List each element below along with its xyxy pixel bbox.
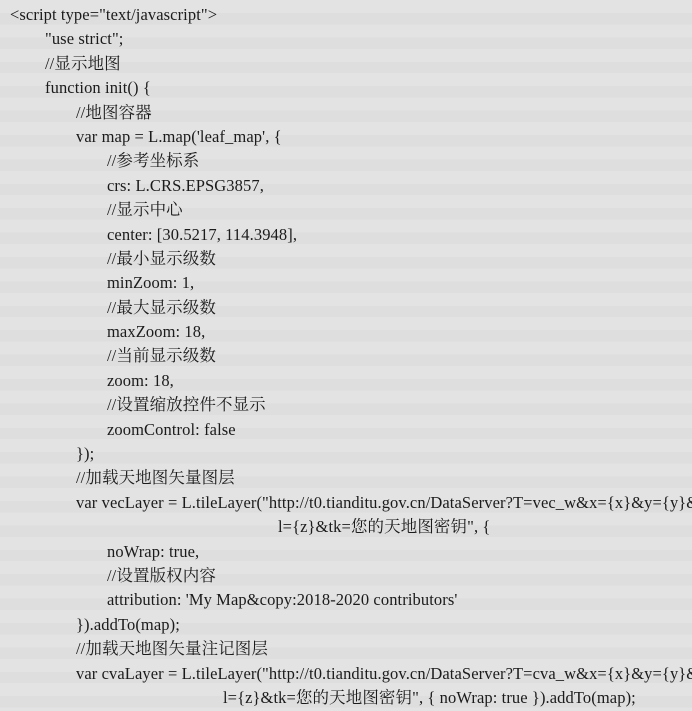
code-line: minZoom: 1,: [0, 271, 692, 295]
code-line: center: [30.5217, 114.3948],: [0, 223, 692, 247]
code-line: //当前显示级数: [0, 344, 692, 368]
code-line: <script type="text/javascript">: [0, 3, 692, 27]
code-line: zoomControl: false: [0, 418, 692, 442]
code-line: function init() {: [0, 76, 692, 100]
code-line: //最大显示级数: [0, 296, 692, 320]
code-line: //加载天地图矢量注记图层: [0, 637, 692, 661]
code-line: "use strict";: [0, 27, 692, 51]
code-line: //设置版权内容: [0, 564, 692, 588]
code-line: //地图容器: [0, 101, 692, 125]
code-line: zoom: 18,: [0, 369, 692, 393]
code-line: //显示地图: [0, 52, 692, 76]
code-line: l={z}&tk=您的天地图密钥", {: [0, 515, 692, 539]
code-line: l={z}&tk=您的天地图密钥", { noWrap: true }).add…: [0, 686, 692, 710]
scanned-code-page: <script type="text/javascript">"use stri…: [0, 0, 692, 711]
code-line: });: [0, 442, 692, 466]
code-line: attribution: 'My Map&copy:2018-2020 cont…: [0, 588, 692, 612]
code-line: maxZoom: 18,: [0, 320, 692, 344]
code-line: //参考坐标系: [0, 149, 692, 173]
code-line: var cvaLayer = L.tileLayer("http://t0.ti…: [0, 662, 692, 686]
code-line: var map = L.map('leaf_map', {: [0, 125, 692, 149]
code-listing: <script type="text/javascript">"use stri…: [0, 3, 692, 711]
code-line: //显示中心: [0, 198, 692, 222]
code-line: var vecLayer = L.tileLayer("http://t0.ti…: [0, 491, 692, 515]
code-line: noWrap: true,: [0, 540, 692, 564]
code-line: //加载天地图矢量图层: [0, 466, 692, 490]
code-line: //最小显示级数: [0, 247, 692, 271]
code-line: crs: L.CRS.EPSG3857,: [0, 174, 692, 198]
code-line: //设置缩放控件不显示: [0, 393, 692, 417]
code-line: }).addTo(map);: [0, 613, 692, 637]
